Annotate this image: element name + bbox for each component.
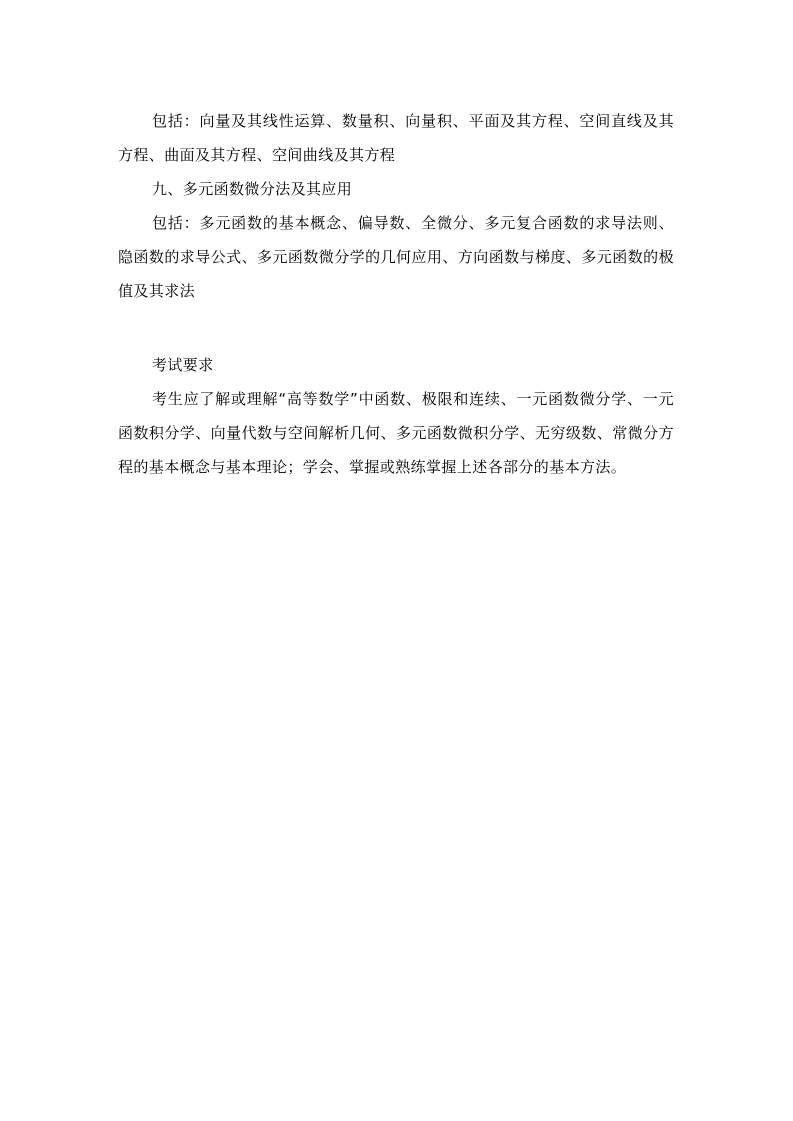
paragraph-exam-requirements: 考生应了解或理解“高等数学”中函数、极限和连续、一元函数微分学、一元函数积分学、… [118, 382, 674, 484]
paragraph-vector-scope: 包括：向量及其线性运算、数量积、向量积、平面及其方程、空间直线及其方程、曲面及其… [118, 104, 674, 172]
heading-exam-requirements: 考试要求 [118, 348, 674, 382]
document-page: 包括：向量及其线性运算、数量积、向量积、平面及其方程、空间直线及其方程、曲面及其… [118, 104, 674, 484]
paragraph-multivariable-scope: 包括：多元函数的基本概念、偏导数、全微分、多元复合函数的求导法则、隐函数的求导公… [118, 206, 674, 308]
spacer [118, 308, 674, 348]
section-heading-nine: 九、多元函数微分法及其应用 [118, 172, 674, 206]
